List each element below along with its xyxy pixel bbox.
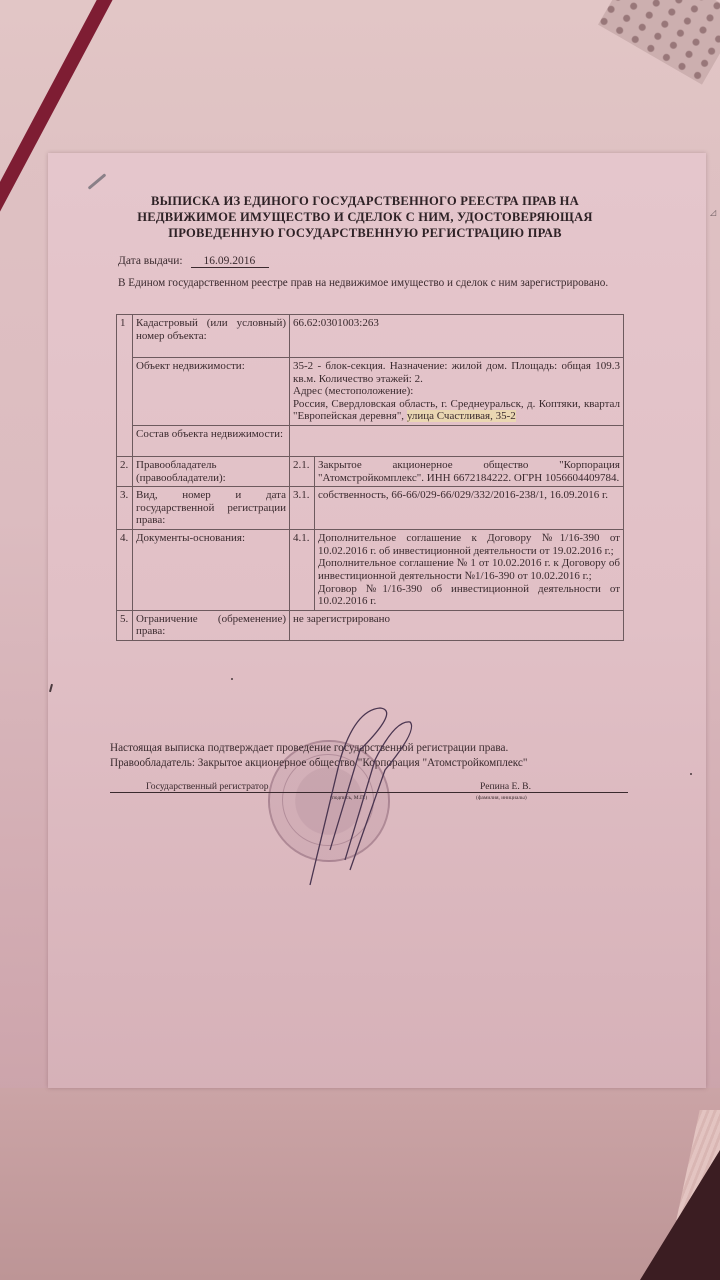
issue-date-line: Дата выдачи: 16.09.2016 <box>118 255 269 268</box>
row-label: Состав объекта недвижимости: <box>133 425 290 456</box>
table-row: 3. Вид, номер и дата государственной рег… <box>117 487 624 530</box>
row-label: Ограничение (обременение) права: <box>133 610 290 640</box>
row-value: 66.62:0301003:263 <box>290 315 624 358</box>
table-row: 5. Ограничение (обременение) права: не з… <box>117 610 624 640</box>
row-subnumber: 3.1. <box>290 487 315 530</box>
basis-document-3: Договор №1/16-390 об инвестиционной деят… <box>318 583 620 608</box>
table-row: Состав объекта недвижимости: <box>117 425 624 456</box>
table-row: Объект недвижимости: 35-2 - блок-секция.… <box>117 358 624 426</box>
registrar-label: Государственный регистратор <box>146 781 269 792</box>
basis-document-1: Дополнительное соглашение к Договору №1/… <box>318 532 620 557</box>
row-number: 1 <box>117 315 133 457</box>
row-subnumber: 4.1. <box>290 530 315 611</box>
row-value: собственность, 66-66/029-66/029/332/2016… <box>315 487 624 530</box>
issue-date-value: 16.09.2016 <box>191 255 269 268</box>
document-title: ВЫПИСКА ИЗ ЕДИНОГО ГОСУДАРСТВЕННОГО РЕЕС… <box>110 193 620 241</box>
title-line-3: ПРОВЕДЕННУЮ ГОСУДАРСТВЕННУЮ РЕГИСТРАЦИЮ … <box>110 225 620 241</box>
table-row: 1 Кадастровый (или условный) номер объек… <box>117 315 624 358</box>
row-number: 2. <box>117 456 133 486</box>
row-label: Документы-основания: <box>133 530 290 611</box>
issue-date-label: Дата выдачи: <box>118 255 183 267</box>
registry-table: 1 Кадастровый (или условный) номер объек… <box>116 314 624 641</box>
name-caption: (фамилия, инициалы) <box>476 795 527 801</box>
ink-dot <box>690 773 692 775</box>
ink-dot <box>231 678 233 680</box>
row-value: Закрытое акционерное общество "Корпораци… <box>315 456 624 486</box>
row-label: Правообладатель (правообладатели): <box>133 456 290 486</box>
registrar-name: Репина Е. В. <box>480 781 531 792</box>
dark-object-corner <box>640 1150 720 1280</box>
address-label: Адрес (местоположение): <box>293 385 620 398</box>
basis-document-2: Дополнительное соглашение № 1 от 10.02.2… <box>318 557 620 582</box>
table-row: 4. Документы-основания: 4.1. Дополнитель… <box>117 530 624 611</box>
object-description: 35-2 - блок-секция. Назначение: жилой до… <box>293 360 620 385</box>
row-value: Дополнительное соглашение к Договору №1/… <box>315 530 624 611</box>
row-value <box>290 425 624 456</box>
row-label: Кадастровый (или условный) номер объекта… <box>133 315 290 358</box>
row-value: 35-2 - блок-секция. Назначение: жилой до… <box>290 358 624 426</box>
row-label: Объект недвижимости: <box>133 358 290 426</box>
desk-background-bottom <box>0 1088 720 1280</box>
corner-mark: ◿ <box>710 208 716 217</box>
row-number: 5. <box>117 610 133 640</box>
table-row: 2. Правообладатель (правообладатели): 2.… <box>117 456 624 486</box>
row-number: 3. <box>117 487 133 530</box>
title-line-2: НЕДВИЖИМОЕ ИМУЩЕСТВО И СДЕЛОК С НИМ, УДО… <box>110 209 620 225</box>
title-line-1: ВЫПИСКА ИЗ ЕДИНОГО ГОСУДАРСТВЕННОГО РЕЕС… <box>110 193 620 209</box>
address-highlighted: улица Счастливая, 35-2 <box>407 410 516 422</box>
row-value: не зарегистрировано <box>290 610 624 640</box>
row-label: Вид, номер и дата государственной регист… <box>133 487 290 530</box>
intro-paragraph: В Едином государственном реестре прав на… <box>118 275 623 291</box>
address-value: Россия, Свердловская область, г. Среднеу… <box>293 398 620 423</box>
handwritten-signature <box>300 700 420 890</box>
row-number: 4. <box>117 530 133 611</box>
row-subnumber: 2.1. <box>290 456 315 486</box>
